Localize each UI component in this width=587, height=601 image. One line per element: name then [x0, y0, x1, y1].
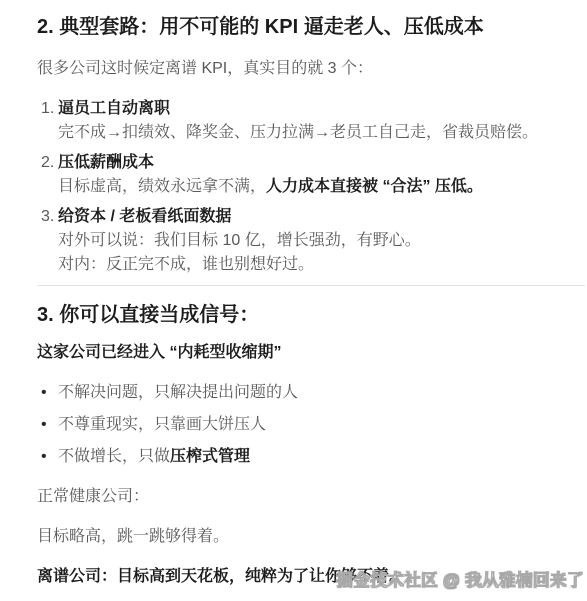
kpi-purpose-list: 1. 逼员工自动离职 完不成→扣绩效、降奖金、压力拉满→老员工自己走，省裁员赔偿… [37, 97, 585, 277]
list-item: 1. 逼员工自动离职 完不成→扣绩效、降奖金、压力拉满→老员工自己走，省裁员赔偿… [37, 97, 585, 145]
list-item-title: 逼员工自动离职 [58, 97, 585, 121]
list-item-desc: 完不成→扣绩效、降奖金、压力拉满→老员工自己走，省裁员赔偿。 [58, 121, 585, 145]
bullet-marker-icon: • [41, 381, 58, 405]
normal-company-desc: 目标略高，跳一跳够得着。 [37, 525, 585, 549]
list-item-title-text: 给资本 / 老板看纸面数据 [58, 208, 231, 225]
bullet-item: • 不尊重现实，只靠画大饼压人 [37, 413, 585, 437]
list-item: 2. 压低薪酬成本 目标虚高，绩效永远拿不满，人力成本直接被 “合法” 压低。 [37, 151, 585, 199]
bullet-item-body: 不做增长，只做压榨式管理 [58, 445, 250, 469]
bullet-item-body: 不解决问题，只解决提出问题的人 [58, 381, 298, 405]
crazy-company-statement: 离谱公司：目标高到天花板，纯粹为了让你够不着。 [37, 565, 585, 589]
bullet-marker-icon: • [41, 445, 58, 469]
list-item: 3. 给资本 / 老板看纸面数据 对外可以说：我们目标 10 亿，增长强劲，有野… [37, 205, 585, 277]
kpi-intro-paragraph: 很多公司这时候定离谱 KPI，真实目的就 3 个： [37, 57, 585, 81]
list-item-number: 2. [41, 151, 58, 199]
normal-company-label: 正常健康公司： [37, 485, 585, 509]
list-item-number: 1. [41, 97, 58, 145]
signal-statement-text: 这家公司已经进入 “内耗型收缩期” [37, 344, 281, 361]
bullet-item: • 不做增长，只做压榨式管理 [37, 445, 585, 469]
signal-bullet-list: • 不解决问题，只解决提出问题的人 • 不尊重现实，只靠画大饼压人 • 不做增长… [37, 381, 585, 469]
list-item-title: 压低薪酬成本 [58, 151, 585, 175]
crazy-company-statement-text: 离谱公司：目标高到天花板，纯粹为了让你够不着。 [37, 568, 405, 585]
section-heading-signal: 3. 你可以直接当成信号： [37, 302, 585, 329]
bullet-text: 不做增长，只做 [58, 448, 170, 465]
list-item-desc: 对外可以说：我们目标 10 亿，增长强劲，有野心。 [58, 229, 585, 253]
section-divider [37, 285, 585, 286]
list-item-body: 逼员工自动离职 完不成→扣绩效、降奖金、压力拉满→老员工自己走，省裁员赔偿。 [58, 97, 585, 145]
article-body: 2. 典型套路：用不可能的 KPI 逼走老人、压低成本 很多公司这时候定离谱 K… [0, 0, 587, 589]
list-item-title-text: 压低薪酬成本 [58, 154, 154, 171]
section-heading-kpi: 2. 典型套路：用不可能的 KPI 逼走老人、压低成本 [37, 14, 585, 41]
desc-text-bold: 人力成本直接被 “合法” 压低。 [266, 178, 483, 195]
bullet-text: 不解决问题，只解决提出问题的人 [58, 384, 298, 401]
list-item-body: 压低薪酬成本 目标虚高，绩效永远拿不满，人力成本直接被 “合法” 压低。 [58, 151, 585, 199]
bullet-text: 不尊重现实，只靠画大饼压人 [58, 416, 266, 433]
signal-statement: 这家公司已经进入 “内耗型收缩期” [37, 341, 585, 365]
desc-text: 目标虚高，绩效永远拿不满， [58, 178, 266, 195]
bullet-item-body: 不尊重现实，只靠画大饼压人 [58, 413, 266, 437]
list-item-body: 给资本 / 老板看纸面数据 对外可以说：我们目标 10 亿，增长强劲，有野心。 … [58, 205, 585, 277]
desc-text: 对内：反正完不成，谁也别想好过。 [58, 256, 314, 273]
bullet-marker-icon: • [41, 413, 58, 437]
desc-text: 完不成→扣绩效、降奖金、压力拉满→老员工自己走，省裁员赔偿。 [58, 124, 538, 141]
bullet-text-bold: 压榨式管理 [170, 448, 250, 465]
list-item-title: 给资本 / 老板看纸面数据 [58, 205, 585, 229]
list-item-title-text: 逼员工自动离职 [58, 100, 170, 117]
list-item-number: 3. [41, 205, 58, 277]
desc-text: 对外可以说：我们目标 10 亿，增长强劲，有野心。 [58, 232, 421, 249]
list-item-desc: 目标虚高，绩效永远拿不满，人力成本直接被 “合法” 压低。 [58, 175, 585, 199]
bullet-item: • 不解决问题，只解决提出问题的人 [37, 381, 585, 405]
list-item-desc-line2: 对内：反正完不成，谁也别想好过。 [58, 253, 585, 277]
